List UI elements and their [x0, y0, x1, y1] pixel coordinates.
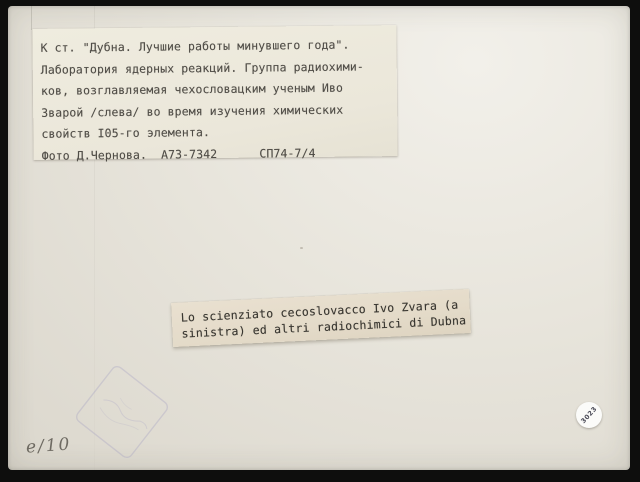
russian-caption-label: К ст. "Дубна. Лучшие работы минувшего го…	[32, 25, 397, 160]
paper-speck	[300, 247, 303, 249]
inventory-sticker: 3023	[576, 402, 602, 428]
faint-stamp	[72, 362, 172, 462]
caption-line: Лаборатория ядерных реакций. Группа ради…	[41, 56, 397, 81]
photo-back-paper: К ст. "Дубна. Лучшие работы минувшего го…	[8, 6, 630, 470]
italian-caption-label: Lo scienziato cecoslovacco Ivo Zvara (a …	[171, 289, 471, 347]
handwritten-number: e/10	[25, 434, 72, 457]
paper-crease	[31, 6, 32, 30]
photo-black-frame: К ст. "Дубна. Лучшие работы минувшего го…	[0, 0, 640, 482]
caption-line: Фото Д.Чернова. А73-7342 СП74-7/4	[42, 142, 398, 167]
sticker-number: 3023	[579, 405, 598, 425]
caption-line: К ст. "Дубна. Лучшие работы минувшего го…	[40, 34, 396, 59]
